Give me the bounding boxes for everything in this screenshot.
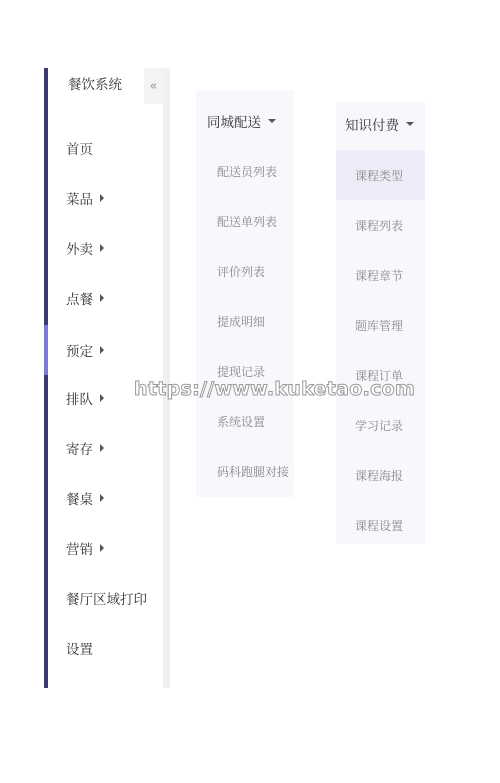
menu-item-course-list[interactable]: 课程列表: [336, 200, 425, 250]
sidebar-item-queue[interactable]: 排队: [44, 373, 163, 423]
app-title: 餐饮系统: [68, 76, 122, 94]
menu-title: 同城配送: [207, 111, 261, 131]
sidebar-item-reservation[interactable]: 预定: [44, 325, 163, 375]
menu-item-label: 提现记录: [217, 363, 265, 380]
sidebar-item-marketing[interactable]: 营销: [44, 523, 163, 573]
menu-item-question-bank[interactable]: 题库管理: [336, 300, 425, 350]
sidebar-item-area-print[interactable]: 餐厅区域打印: [44, 573, 163, 623]
sidebar: 餐饮系统 « 首页 菜品 外卖 点餐 预定 排队 寄存 餐桌 营销 餐厅区域打印…: [44, 68, 163, 688]
sidebar-item-label: 餐桌: [66, 488, 93, 508]
collapse-sidebar-button[interactable]: «: [144, 68, 163, 104]
menu-item-course-settings[interactable]: 课程设置: [336, 500, 425, 550]
caret-right-icon: [100, 244, 104, 252]
sidebar-item-label: 寄存: [66, 438, 93, 458]
menu-title: 知识付费: [345, 114, 399, 134]
menu-item-study-records[interactable]: 学习记录: [336, 400, 425, 450]
sidebar-item-takeout[interactable]: 外卖: [44, 223, 163, 273]
caret-right-icon: [100, 194, 104, 202]
menu-item-system-settings[interactable]: 系统设置: [196, 396, 294, 446]
caret-right-icon: [100, 494, 104, 502]
caret-right-icon: [100, 444, 104, 452]
menu-item-label: 课程订单: [355, 367, 403, 384]
sidebar-item-label: 菜品: [66, 188, 93, 208]
menu-item-errand-integration[interactable]: 码科跑腿对接: [196, 446, 294, 496]
menu-item-label: 课程设置: [355, 517, 403, 534]
menu-item-label: 码科跑腿对接: [217, 463, 289, 480]
menu-item-withdrawals[interactable]: 提现记录: [196, 346, 294, 396]
menu-item-course-chapters[interactable]: 课程章节: [336, 250, 425, 300]
double-chevron-left-icon: «: [150, 79, 158, 94]
menu-item-label: 系统设置: [217, 413, 265, 430]
sidebar-item-tables[interactable]: 餐桌: [44, 473, 163, 523]
delivery-menu-header[interactable]: 同城配送: [196, 111, 294, 131]
sidebar-item-label: 点餐: [66, 288, 93, 308]
menu-item-label: 课程章节: [355, 267, 403, 284]
sidebar-item-settings[interactable]: 设置: [44, 623, 163, 673]
menu-item-course-orders[interactable]: 课程订单: [336, 350, 425, 400]
sidebar-item-label: 餐厅区域打印: [66, 588, 147, 608]
sidebar-item-home[interactable]: 首页: [44, 123, 163, 173]
menu-item-label: 提成明细: [217, 313, 265, 330]
menu-item-course-types[interactable]: 课程类型: [336, 150, 425, 200]
caret-down-icon: [268, 119, 276, 123]
menu-item-label: 课程类型: [355, 167, 403, 184]
sidebar-item-label: 首页: [66, 138, 93, 158]
sidebar-item-dishes[interactable]: 菜品: [44, 173, 163, 223]
menu-item-courier-list[interactable]: 配送员列表: [196, 146, 294, 196]
delivery-menu: 同城配送 配送员列表 配送单列表 评价列表 提成明细 提现记录 系统设置 码科跑…: [196, 90, 294, 497]
knowledge-menu-header[interactable]: 知识付费: [336, 114, 425, 134]
caret-right-icon: [100, 394, 104, 402]
sidebar-item-label: 预定: [66, 340, 93, 360]
menu-item-label: 配送单列表: [217, 213, 277, 230]
menu-item-label: 课程海报: [355, 467, 403, 484]
menu-item-label: 学习记录: [355, 417, 403, 434]
knowledge-menu: 知识付费 课程类型 课程列表 课程章节 题库管理 课程订单 学习记录 课程海报 …: [336, 102, 425, 544]
caret-down-icon: [406, 122, 414, 126]
sidebar-item-order[interactable]: 点餐: [44, 273, 163, 323]
menu-item-course-posters[interactable]: 课程海报: [336, 450, 425, 500]
sidebar-item-label: 外卖: [66, 238, 93, 258]
menu-item-label: 课程列表: [355, 217, 403, 234]
caret-right-icon: [100, 544, 104, 552]
menu-item-delivery-orders[interactable]: 配送单列表: [196, 196, 294, 246]
sidebar-item-label: 排队: [66, 388, 93, 408]
sidebar-scrollbar[interactable]: [163, 68, 170, 688]
menu-item-commission[interactable]: 提成明细: [196, 296, 294, 346]
caret-right-icon: [100, 346, 104, 354]
menu-item-label: 配送员列表: [217, 163, 277, 180]
sidebar-item-label: 设置: [66, 638, 93, 658]
menu-item-label: 题库管理: [355, 317, 403, 334]
menu-item-label: 评价列表: [217, 263, 265, 280]
sidebar-item-label: 营销: [66, 538, 93, 558]
sidebar-item-storage[interactable]: 寄存: [44, 423, 163, 473]
caret-right-icon: [100, 294, 104, 302]
menu-item-reviews[interactable]: 评价列表: [196, 246, 294, 296]
